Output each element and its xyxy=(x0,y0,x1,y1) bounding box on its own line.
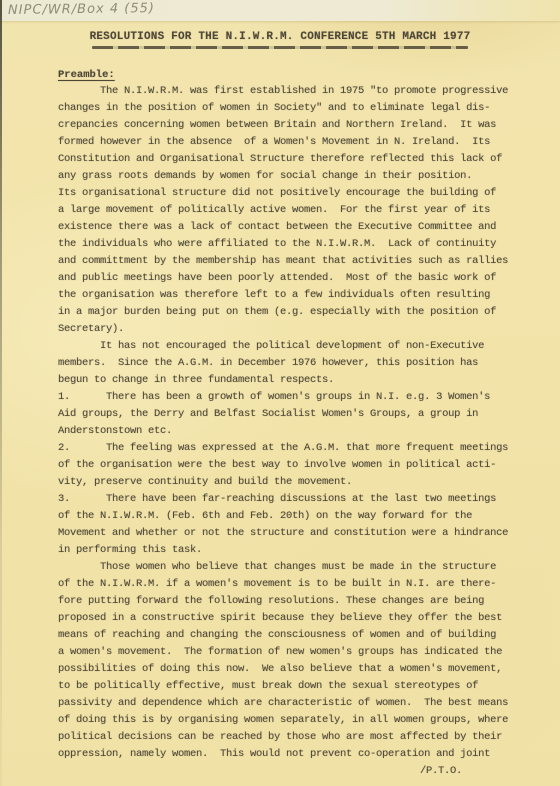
document-line: Those women who believe that changes mus… xyxy=(58,559,530,576)
document-line: crepancies concerning women between Brit… xyxy=(58,117,530,134)
document-line: Movement and whether or not the structur… xyxy=(58,525,530,542)
archive-reference-label: NIPC/WR/Box 4 (55) xyxy=(8,1,155,18)
document-line: in a major burden being put on them (e.g… xyxy=(58,304,530,321)
document-line: formed however in the absence of a Women… xyxy=(58,134,530,151)
document-line: existence there was a lack of contact be… xyxy=(58,219,530,236)
document-line: Its organisational structure did not pos… xyxy=(58,185,530,202)
document-line: of the N.I.W.R.M. (Feb. 6th and Feb. 20t… xyxy=(58,508,530,525)
document-line: of doing this is by organising women sep… xyxy=(58,712,530,729)
document-line: the individuals who were affiliated to t… xyxy=(58,236,530,253)
document-line: changes in the position of women in Soci… xyxy=(58,100,530,117)
document-line: Secretary). xyxy=(58,321,530,338)
page-content: RESOLUTIONS FOR THE N.I.W.R.M. CONFERENC… xyxy=(0,21,560,786)
document-line: means of reaching and changing the consc… xyxy=(58,627,530,644)
document-line: Aid groups, the Derry and Belfast Social… xyxy=(58,406,530,423)
document-line: and public meetings have been poorly att… xyxy=(58,270,530,287)
document-line: Anderstonstown etc. xyxy=(58,423,530,440)
document-line: of the N.I.W.R.M. if a women's movement … xyxy=(58,576,530,593)
document-body: The N.I.W.R.M. was first established in … xyxy=(58,83,530,763)
document-line: members. Since the A.G.M. in December 19… xyxy=(58,355,530,372)
document-line: 2. The feeling was expressed at the A.G.… xyxy=(58,440,530,457)
document-line: in performing this task. xyxy=(58,542,530,559)
document-line: 3. There have been far-reaching discussi… xyxy=(58,491,530,508)
title-underline xyxy=(92,46,468,49)
document-line: fore putting forward the following resol… xyxy=(58,593,530,610)
document-line: of the organisation were the best way to… xyxy=(58,457,530,474)
document-line: oppression, namely women. This would not… xyxy=(58,746,530,763)
document-line: the organisation was therefore left to a… xyxy=(58,287,530,304)
document-line: political decisions can be reached by th… xyxy=(58,729,530,746)
document-line: begun to change in three fundamental res… xyxy=(58,372,530,389)
document-line: and committment by the membership has me… xyxy=(58,253,530,270)
document-line: passivity and dependence which are chara… xyxy=(58,695,530,712)
document-title: RESOLUTIONS FOR THE N.I.W.R.M. CONFERENC… xyxy=(0,31,560,43)
document-line: possibilities of doing this now. We also… xyxy=(58,661,530,678)
document-line: to be politically effective, must break … xyxy=(58,678,530,695)
document-line: vity, preserve continuity and build the … xyxy=(58,474,530,491)
paper-edge-strip: NIPC/WR/Box 4 (55) xyxy=(0,0,560,21)
document-line: The N.I.W.R.M. was first established in … xyxy=(58,83,530,100)
document-line: a women's movement. The formation of new… xyxy=(58,644,530,661)
document-line: proposed in a constructive spirit becaus… xyxy=(58,610,530,627)
document-line: a large movement of politically active w… xyxy=(58,202,530,219)
pto-footer: /P.T.O. xyxy=(58,763,560,780)
document-line: It has not encouraged the political deve… xyxy=(58,338,530,355)
document-line: any grass roots demands by women for soc… xyxy=(58,168,530,185)
document-line: Constitution and Organisational Structur… xyxy=(58,151,530,168)
document-line: 1. There has been a growth of women's gr… xyxy=(58,389,530,406)
scanned-page: NIPC/WR/Box 4 (55) RESOLUTIONS FOR THE N… xyxy=(0,0,560,786)
preamble-heading: Preamble: xyxy=(58,69,560,81)
